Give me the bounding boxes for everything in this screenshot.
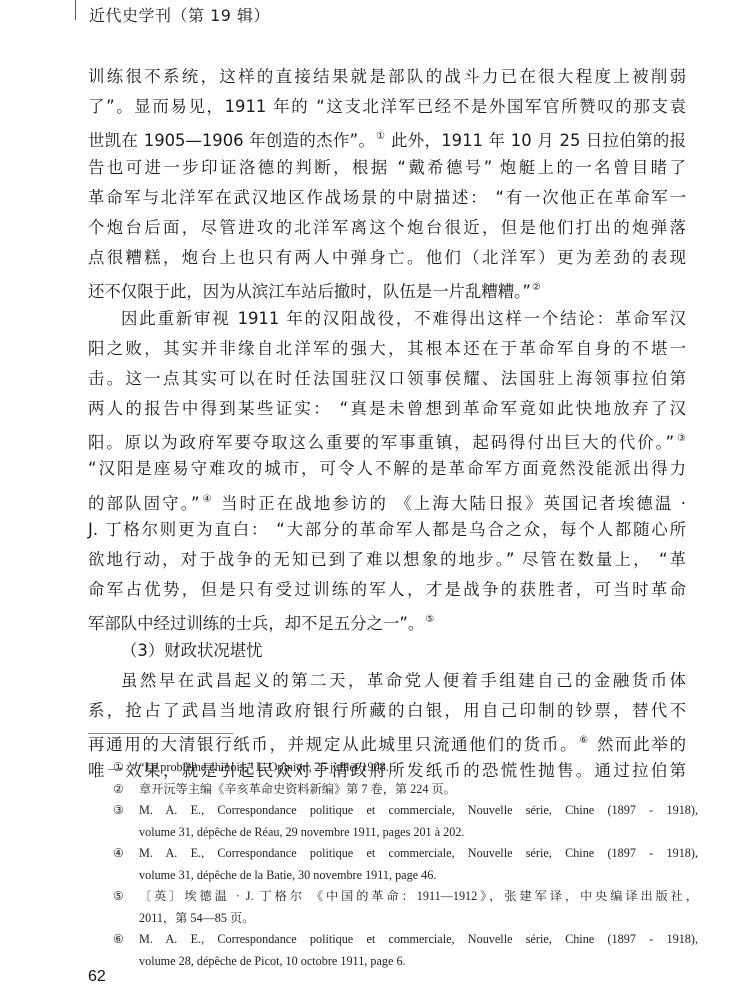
footnote-text: volume 28, dépêche de Picot, 10 octobre … — [139, 951, 698, 973]
footnote-number: ① — [113, 757, 124, 779]
footnote-number: ② — [113, 779, 124, 801]
footnote-number: ⑤ — [113, 886, 124, 908]
footnote-6: ⑥ M. A. E., Correspondance politique et … — [113, 929, 698, 972]
footnote-number: ④ — [113, 843, 124, 865]
footnote-ref[interactable]: ⑥ — [579, 735, 590, 746]
footnote-text: M. A. E., Correspondance politique et co… — [139, 929, 698, 951]
footnote-ref[interactable]: ⑤ — [425, 614, 434, 625]
body-line: 革命军与北洋军在武汉地区作战场景的中尉描述： “有一次他正在革命军一 — [88, 183, 686, 213]
running-head-rule — [75, 0, 76, 20]
footnote-text: M. A. E., Correspondance politique et co… — [139, 800, 698, 822]
running-head-title: 近代史学刊（第 19 辑） — [89, 3, 270, 26]
footnote-4: ④ M. A. E., Correspondance politique et … — [113, 843, 698, 886]
footnote-text: 〔英〕埃德温 · J. 丁格尔 《中国的革命：1911—1912》，张建军译，中… — [139, 886, 698, 908]
footnote-5: ⑤ 〔英〕埃德温 · J. 丁格尔 《中国的革命：1911—1912》，张建军译… — [113, 886, 698, 929]
footnote-text: volume 31, dépêche de la Batie, 30 novem… — [139, 865, 698, 887]
body-line: 系，抢占了武昌当地清政府银行所藏的白银，用自己印制的钞票，替代不 — [88, 696, 686, 726]
body-line: 点很糟糕，炮台上也只有两人中弹身亡。他们（北洋军）更为差劲的表现 — [88, 243, 686, 273]
footnote-ref[interactable]: ④ — [201, 494, 214, 505]
body-line: 击。这一点其实可以在时任法国驻汉口领事侯耀、法国驻上海领事拉伯第 — [88, 364, 686, 394]
footnote-text: “Le problème chinois,” L’ Opinion, 25 ju… — [139, 757, 698, 779]
body-line: 还不仅限于此，因为从滨江车站后撤时，队伍是一片乱糟糟。”② — [88, 273, 686, 303]
body-line: 军部队中经过训练的士兵，却不足五分之一”。⑤ — [88, 605, 686, 635]
body-line: 世凯在 1905—1906 年创造的杰作”。① 此外，1911 年 10 月 2… — [88, 122, 686, 152]
footnote-text: volume 31, dépêche de Réau, 29 novembre … — [139, 822, 698, 844]
page-number: 62 — [88, 968, 106, 986]
footnote-number: ⑥ — [113, 929, 124, 951]
body-line: 命军占优势，但是只有受过训练的军人，才是战争的获胜者，可当时革命 — [88, 575, 686, 605]
body-line: 告也可进一步印证洛德的判断，根据 “戴希德号” 炮艇上的一名曾目睹了 — [88, 153, 686, 183]
section-heading: （3）财政状况堪忧 — [88, 636, 686, 666]
footnote-3: ③ M. A. E., Correspondance politique et … — [113, 800, 698, 843]
footnote-text: 2011，第 54—85 页。 — [139, 908, 698, 930]
body-text: 训练很不系统，这样的直接结果就是部队的战斗力已在很大程度上被削弱 了”。显而易见… — [88, 62, 686, 787]
paragraph-start-line: 因此重新审视 1911 年的汉阳战役，不难得出这样一个结论：革命军汉 — [88, 304, 686, 334]
footnote-ref[interactable]: ③ — [675, 433, 686, 444]
footnote-2: ② 章开沅等主编《辛亥革命史资料新编》第 7 卷，第 224 页。 — [113, 779, 698, 801]
body-line: “汉阳是座易守难攻的城市，可令人不解的是革命军方面竟然没能派出得力 — [88, 454, 686, 484]
body-line: 训练很不系统，这样的直接结果就是部队的战斗力已在很大程度上被削弱 — [88, 62, 686, 92]
body-line: 再通用的大清银行纸币，并规定从此城里只流通他们的货币。⑥ 然而此举的 — [88, 726, 686, 756]
footnotes: ① “Le problème chinois,” L’ Opinion, 25 … — [113, 757, 698, 972]
body-line: 阳。原以为政府军要夺取这么重要的军事重镇，起码得付出巨大的代价。”③ — [88, 424, 686, 454]
body-line: 个炮台后面，尽管进攻的北洋军离这个炮台很近，但是他们打出的炮弹落 — [88, 213, 686, 243]
footnote-text: M. A. E., Correspondance politique et co… — [139, 843, 698, 865]
body-line: J. 丁格尔则更为直白： “大部分的革命军人都是乌合之众，每个人都随心所 — [88, 515, 686, 545]
body-line: 欲地行动，对于战争的无知已到了难以想象的地步。” 尽管在数量上， “革 — [88, 545, 686, 575]
body-line: 了”。显而易见，1911 年的 “这支北洋军已经不是外国军官所赞叹的那支袁 — [88, 92, 686, 122]
body-line: 的部队固守。”④ 当时正在战地参访的 《上海大陆日报》英国记者埃德温 · — [88, 485, 686, 515]
book-page: 近代史学刊（第 19 辑） 训练很不系统，这样的直接结果就是部队的战斗力已在很大… — [0, 0, 750, 999]
footnote-ref[interactable]: ② — [532, 282, 541, 293]
footnote-separator — [88, 733, 233, 734]
body-line: 阳之败，其实并非缘自北洋军的强大，其根本还在于革命军自身的不堪一 — [88, 334, 686, 364]
footnote-text: 章开沅等主编《辛亥革命史资料新编》第 7 卷，第 224 页。 — [139, 779, 698, 801]
paragraph-start-line: 虽然早在武昌起义的第二天，革命党人便着手组建自己的金融货币体 — [88, 666, 686, 696]
footnote-number: ③ — [113, 800, 124, 822]
body-line: 两人的报告中得到某些证实： “真是未曾想到革命军竟如此快地放弃了汉 — [88, 394, 686, 424]
footnote-1: ① “Le problème chinois,” L’ Opinion, 25 … — [113, 757, 698, 779]
